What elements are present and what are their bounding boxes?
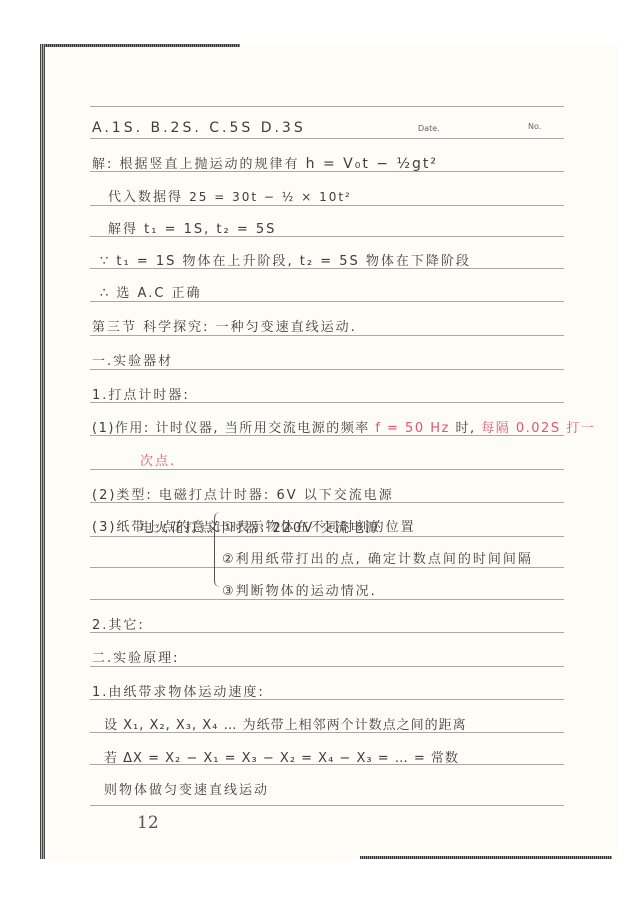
- page-binding-edge: [40, 44, 46, 859]
- section-title: 第三节 科学探究: 一种匀变速直线运动.: [92, 316, 357, 335]
- subheading-timer: 1.打点计时器:: [92, 384, 190, 403]
- ruled-line: [90, 567, 564, 568]
- other-heading: 2.其它:: [92, 614, 145, 633]
- page-bottom-edge: [360, 856, 612, 859]
- heading-equipment: 一.实验器材: [92, 350, 173, 369]
- principle-heading: 二.实验原理:: [92, 647, 180, 666]
- ruled-line: [90, 301, 564, 302]
- delta-x-line: 若 ΔX = X₂ − X₁ = X₃ − X₂ = X₄ − X₃ = … =…: [104, 747, 459, 766]
- types-line: (2)类型: 电磁打点计时器: 6V 以下交流电源: [92, 484, 394, 503]
- function-line-cont: 次点.: [140, 450, 176, 469]
- substitution-line: 代入数据得 25 = 30t − ½ × 10t²: [108, 186, 352, 205]
- ruled-line: [90, 205, 564, 206]
- meaning-item-1: ①表示物体在不同时刻的位置: [222, 516, 416, 535]
- page-top-edge: [40, 44, 240, 47]
- ruled-line: [90, 599, 564, 600]
- meaning-item-2: ②利用纸带打出的点, 确定计数点间的时间间隔: [222, 548, 533, 567]
- formula: 25 = 30t − ½ × 10t²: [189, 190, 352, 204]
- distance-def-line: 设 X₁, X₂, X₃, X₄ … 为纸带上相邻两个计数点之间的距离: [104, 714, 467, 733]
- formula: h = V₀t − ½gt²: [306, 156, 438, 172]
- solve-line: 解得 t₁ = 1S, t₂ = 5S: [108, 218, 276, 237]
- ruled-line: [90, 632, 564, 633]
- meaning-label: (3)纸带上点的意义: [92, 516, 221, 535]
- function-line: (1)作用: 计时仪器, 当所用交流电源的频率 f = 50 Hz 时, 每隔 …: [92, 417, 595, 436]
- conclusion-line: ∴ 选 A.C 正确: [100, 282, 202, 301]
- page-number: 12: [137, 813, 159, 833]
- ruled-line: [90, 106, 564, 107]
- meaning-item-3: ③判断物体的运动情况.: [222, 580, 377, 599]
- ruled-line: [90, 536, 564, 537]
- ruled-line: [90, 138, 564, 139]
- date-label: Date.: [418, 124, 440, 133]
- answer-choices: A.1S. B.2S. C.5S D.3S: [92, 120, 306, 136]
- solution-line: 解: 根据竖直上抛运动的规律有 h = V₀t − ½gt²: [92, 153, 438, 172]
- ruled-line: [90, 335, 564, 336]
- ruled-line: [90, 469, 564, 470]
- no-label: No.: [528, 122, 541, 131]
- velocity-heading: 1.由纸带求物体运动速度:: [92, 681, 265, 700]
- ruled-line: [90, 666, 564, 667]
- uniform-motion-line: 则物体做匀变速直线运动: [104, 779, 269, 798]
- ruled-line: [90, 369, 564, 370]
- ruled-line: [90, 805, 564, 806]
- reasoning-line: ∵ t₁ = 1S 物体在上升阶段, t₂ = 5S 物体在下降阶段: [100, 250, 471, 269]
